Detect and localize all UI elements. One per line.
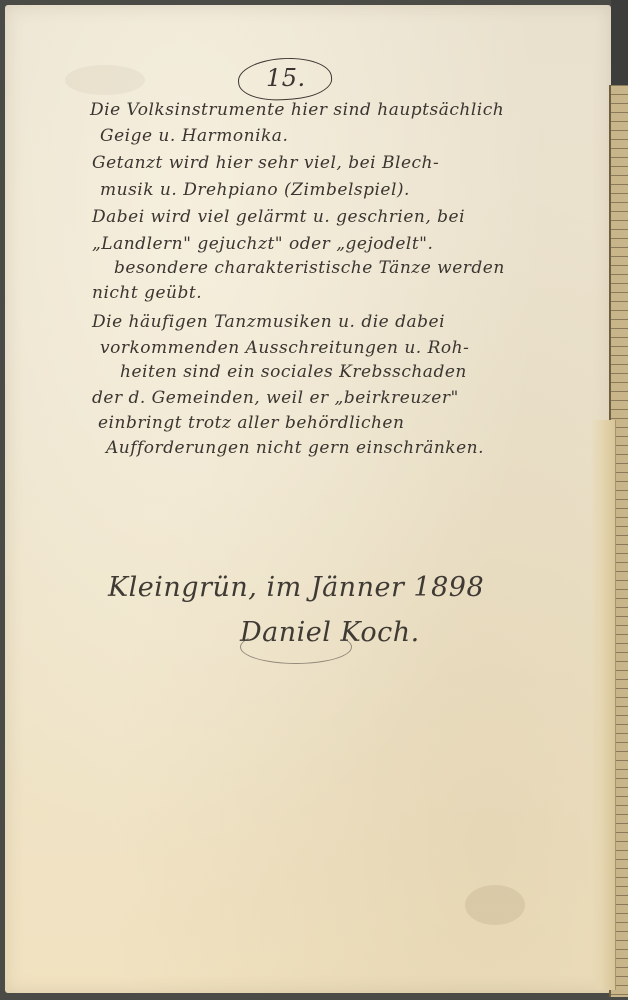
body-line-10: vorkommenden Ausschreitungen u. Roh-	[100, 338, 469, 358]
body-line-4: musik u. Drehpiano (Zimbelspiel).	[100, 180, 410, 200]
body-line-2: Geige u. Harmonika.	[100, 126, 288, 146]
body-line-8: nicht geübt.	[92, 283, 202, 303]
closing-place-date: Kleingrün, im Jänner 1898	[108, 572, 484, 603]
signature: Daniel Koch.	[240, 617, 420, 648]
torn-paper-edge	[591, 420, 616, 990]
body-line-14: Aufforderungen nicht gern einschränken.	[106, 438, 484, 458]
body-line-6: „Landlern" gejuchzt" oder „gejodelt".	[92, 234, 433, 254]
body-line-11: heiten sind ein sociales Krebsschaden	[120, 362, 467, 382]
scanned-document: 15. Die Volksinstrumente hier sind haupt…	[0, 0, 628, 1000]
paper-stain	[465, 885, 525, 925]
body-line-1: Die Volksinstrumente hier sind hauptsäch…	[90, 100, 504, 120]
body-line-9: Die häufigen Tanzmusiken u. die dabei	[92, 312, 445, 332]
body-line-3: Getanzt wird hier sehr viel, bei Blech-	[92, 153, 439, 173]
body-line-13: einbringt trotz aller behördlichen	[98, 413, 404, 433]
body-line-7: besondere charakteristische Tänze werden	[114, 258, 505, 278]
body-line-5: Dabei wird viel gelärmt u. geschrien, be…	[92, 207, 465, 227]
binding-shadow	[611, 0, 628, 85]
paper-stain	[65, 65, 145, 95]
page-number: 15.	[266, 64, 306, 92]
body-line-12: der d. Gemeinden, weil er „beirkreuzer"	[92, 388, 459, 408]
